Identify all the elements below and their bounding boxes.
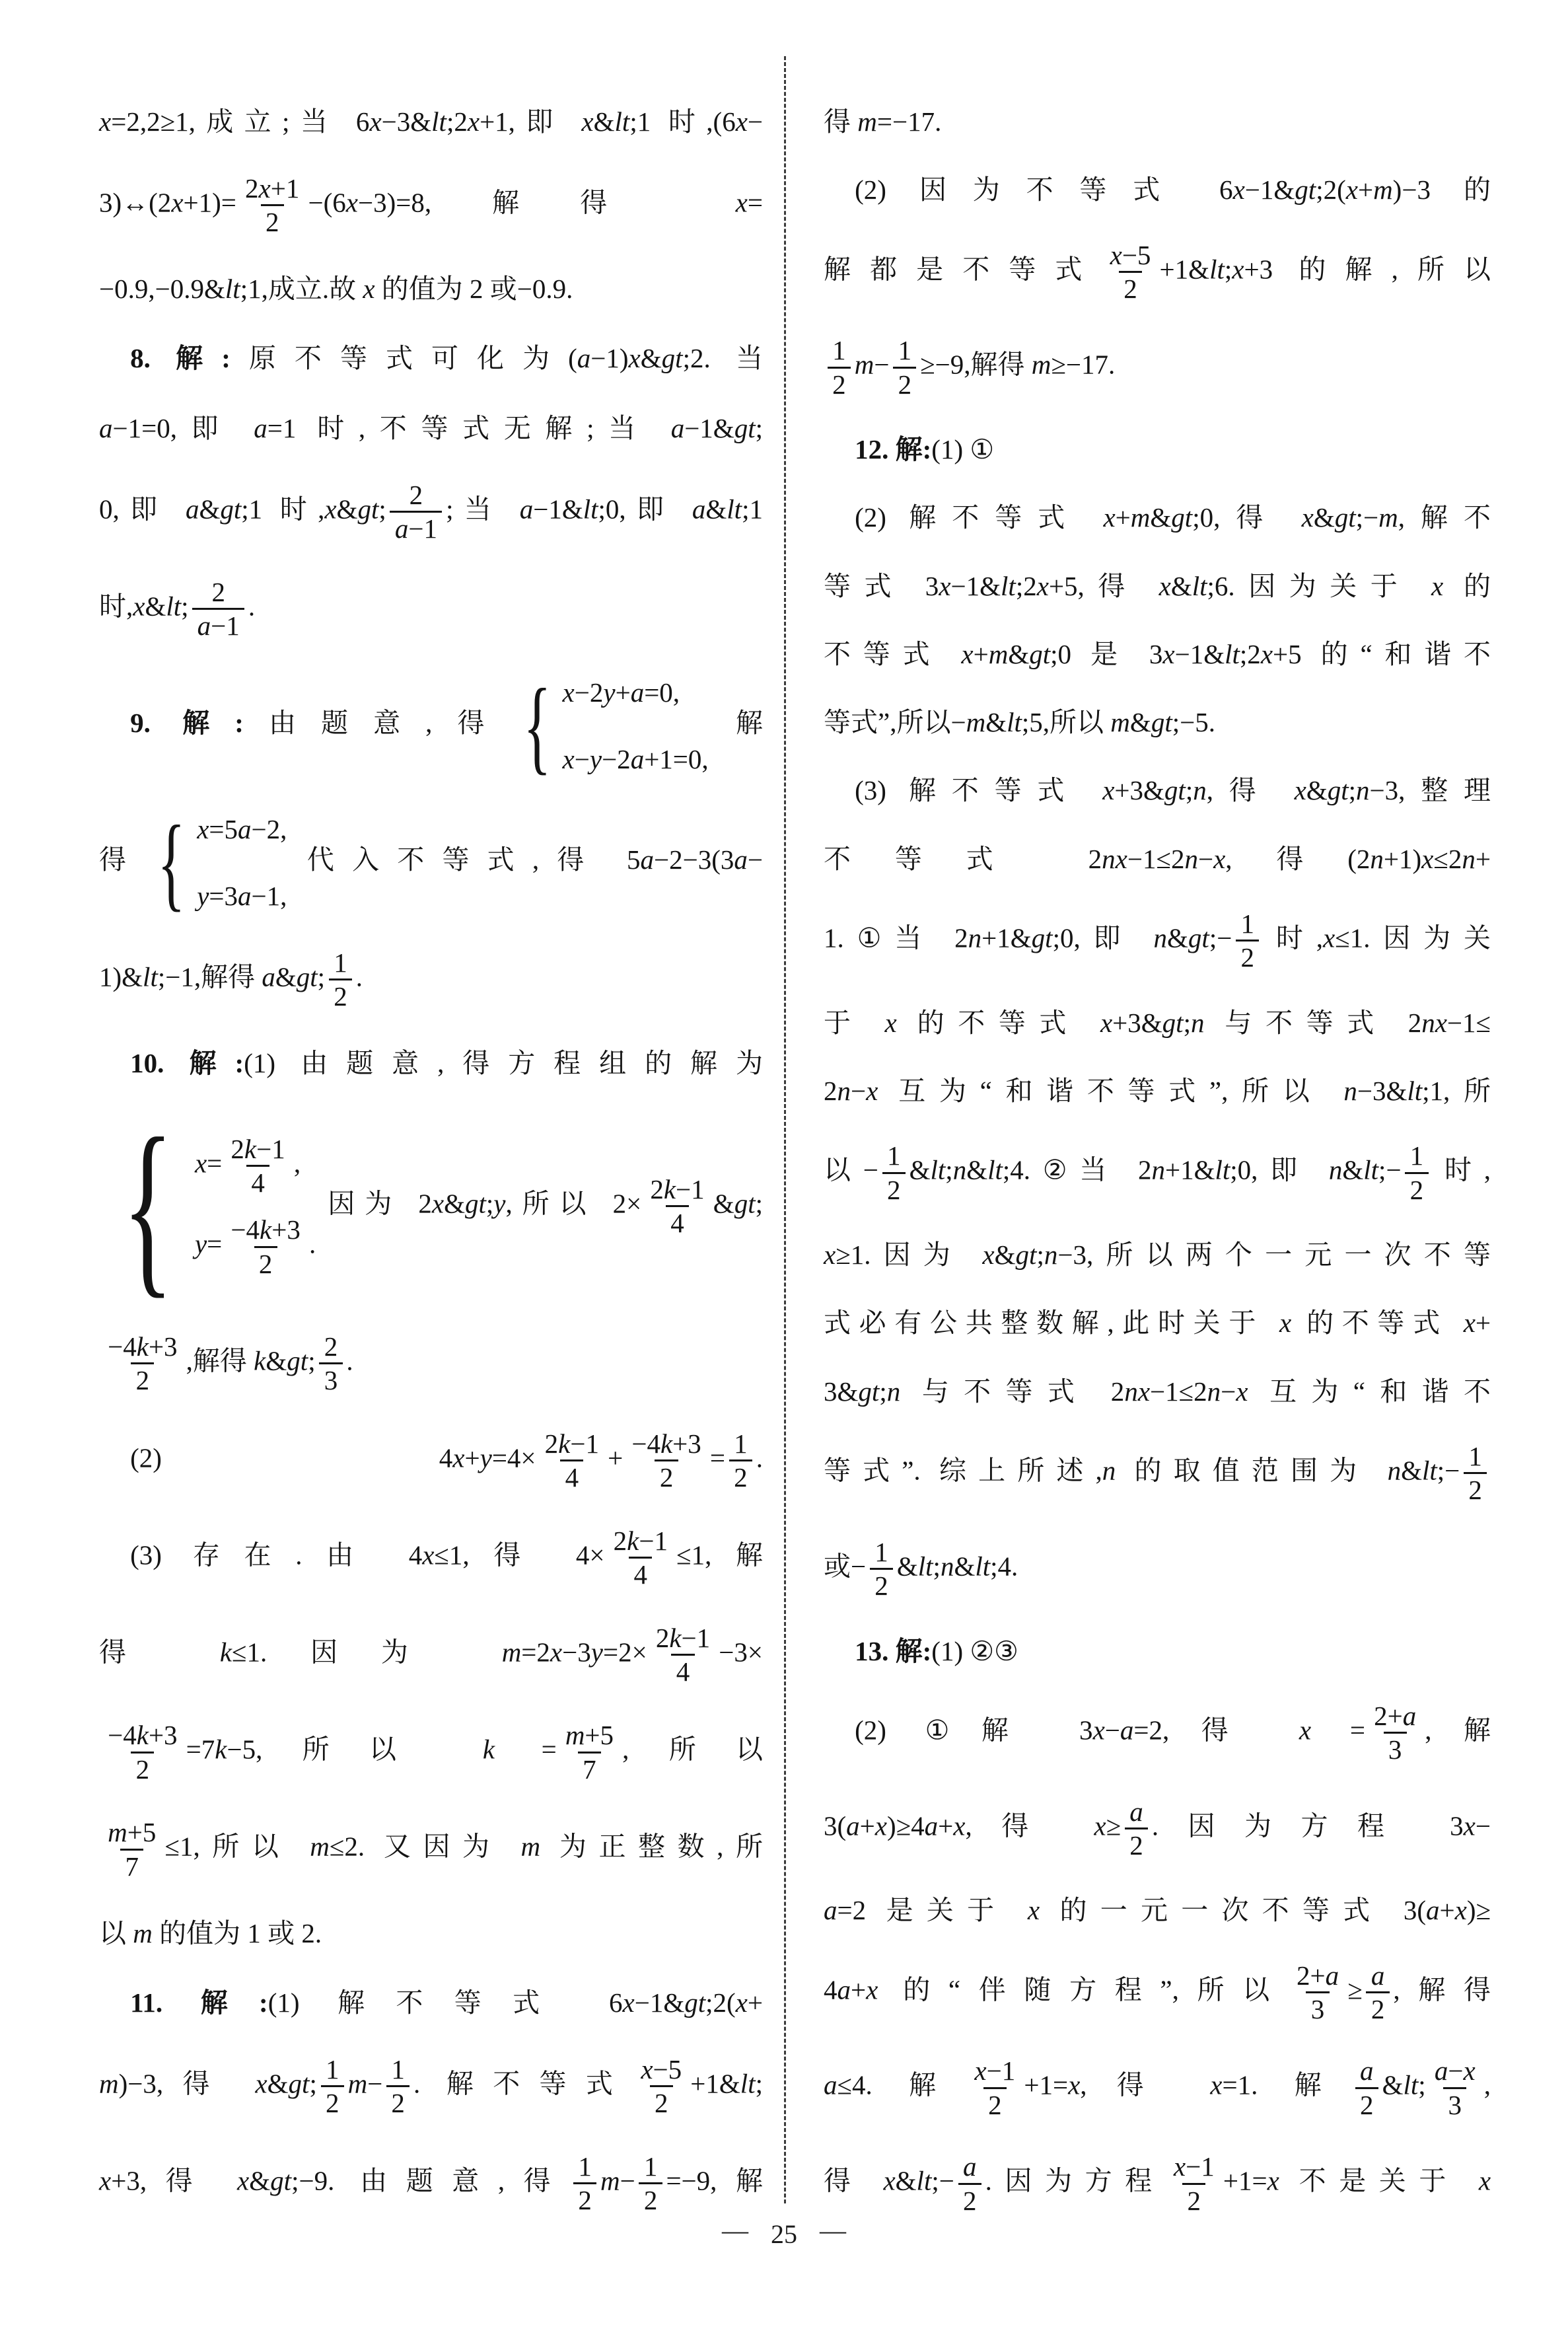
text-run: = <box>710 1442 725 1473</box>
fraction-numerator: m+5 <box>103 1816 161 1848</box>
text-line: 0,即 a&gt;1 时,x&gt;2a−1;当 a−1&lt;0,即 a&lt… <box>99 479 763 545</box>
fraction-numerator: x−1 <box>970 2055 1020 2086</box>
fraction: x−12 <box>970 2055 1020 2121</box>
fraction: 2k−14 <box>540 1428 604 1494</box>
text-line: −4k+32,解得 k&gt;23. <box>99 1331 763 1397</box>
fraction-numerator: −4k+3 <box>103 1719 182 1751</box>
text-run: 3&gt;n 与不等式 2nx−1≤2n−x 互为“和谐不 <box>824 1376 1491 1407</box>
text-line: −4k+32=7k−5,所以 k =m+57,所以 <box>99 1719 763 1785</box>
text-run: ≤1,所以 m≤2. 又因为 m 为正整数,所 <box>164 1831 763 1862</box>
text-run: , <box>294 1148 301 1178</box>
fraction-numerator: 1 <box>573 2151 596 2182</box>
fraction: 12 <box>1464 1440 1487 1506</box>
fraction-denominator: 4 <box>671 1654 694 1687</box>
text-line: 不等式 x+m&gt;0 是 3x−1&lt;2x+5 的“和谐不 <box>824 635 1491 673</box>
text-run: ≥−9,解得 m≥−17. <box>920 350 1115 380</box>
text-run: m− <box>348 2068 383 2098</box>
text-run: (2) 因为不等式 6x−1&gt;2(x+m)−3 的 <box>855 174 1491 205</box>
text-run: 时, <box>1432 1155 1491 1185</box>
text-run: 以− <box>824 1155 878 1185</box>
fraction: 23 <box>319 1331 342 1397</box>
fraction: 12 <box>882 1140 906 1206</box>
text-run: 解 <box>711 708 763 738</box>
text-line: (2) ①解 3x−a=2,得 x =2+a3,解 <box>824 1700 1491 1766</box>
fraction: 12 <box>386 2053 410 2120</box>
fraction-denominator: 4 <box>560 1459 583 1493</box>
text-run: &lt; <box>1382 2070 1426 2100</box>
fraction: 12 <box>729 1428 752 1494</box>
fraction: 12 <box>329 947 352 1013</box>
text-run: =−9,解 <box>666 2165 763 2196</box>
text-line: 3&gt;n 与不等式 2nx−1≤2n−x 互为“和谐不 <box>824 1372 1491 1411</box>
fraction-numerator: 1 <box>329 947 352 978</box>
brace-row: x−2y+a=0, <box>563 673 680 712</box>
text-line: 得{x=5a−2,y=3a−1,代入不等式,得 5a−2−3(3a− <box>99 810 763 915</box>
fraction-numerator: a <box>1125 1796 1148 1827</box>
fraction: 2x+12 <box>240 172 304 239</box>
fraction: 12 <box>321 2053 344 2120</box>
fraction-denominator: 2 <box>882 1172 906 1206</box>
fraction-denominator: 7 <box>578 1752 601 1785</box>
text-run: −(6x−3)=8,解得 x= <box>308 187 763 217</box>
text-run: 得 k≤1.因为 m=2x−3y=2× <box>99 1637 647 1667</box>
brace-system: {x=5a−2,y=3a−1, <box>146 810 287 915</box>
bold-text-run: 12. 解: <box>855 434 931 464</box>
fraction: x−52 <box>1105 239 1156 305</box>
text-run: 得 x&lt;− <box>824 2166 954 2196</box>
bold-text-run: 11. 解: <box>130 1987 268 2018</box>
text-run: 时,x≤1.因为关 <box>1263 922 1491 953</box>
column-divider <box>784 56 786 2203</box>
text-run: 等式”. 综上所述,n 的取值范围为 n&lt;− <box>824 1455 1460 1485</box>
fraction-denominator: 2 <box>131 1752 154 1785</box>
text-line: x=2,2≥1,成立;当 6x−3&lt;2x+1,即 x&lt;1 时,(6x… <box>99 102 763 141</box>
fraction: 2k−14 <box>226 1133 290 1199</box>
text-run: ,解得 <box>1393 1974 1491 2005</box>
fraction-denominator: a−1 <box>192 608 244 642</box>
brace-system: {x−2y+a=0,x−y−2a+1=0, <box>512 673 709 778</box>
brace-row: y=−4k+32. <box>195 1214 316 1280</box>
brace-row: y=3a−1, <box>197 877 287 915</box>
text-run: 3)↔(2x+1)= <box>99 187 236 217</box>
fraction: 2k−14 <box>608 1525 672 1591</box>
fraction-denominator: 2 <box>893 367 916 400</box>
text-run: (2) 解不等式 x+m&gt;0,得 x&gt;−m,解不 <box>855 502 1491 533</box>
text-run: x=5a−2, <box>197 814 287 844</box>
text-line: 10. 解:(1) 由题意,得方程组的解为 <box>99 1044 763 1082</box>
brace-row: x=5a−2, <box>197 810 287 848</box>
text-run: 由题意,得 <box>244 708 510 738</box>
text-run: +1&lt; <box>690 2068 763 2098</box>
fraction: 2k−14 <box>651 1622 715 1688</box>
fraction-denominator: 2 <box>1119 271 1142 305</box>
brace-row: x−y−2a+1=0, <box>563 740 709 778</box>
fraction-numerator: 2x+1 <box>240 172 304 204</box>
fraction: x−12 <box>1169 2151 1220 2217</box>
fraction: a2 <box>1366 1960 1389 2026</box>
text-run: 等式”,所以−m&lt;5,所以 m&gt;−5. <box>824 707 1215 737</box>
fraction-numerator: 2k−1 <box>651 1622 715 1654</box>
text-line: 得 k≤1.因为 m=2x−3y=2×2k−14−3× <box>99 1622 763 1688</box>
text-line: 13. 解:(1) ②③ <box>824 1632 1491 1670</box>
text-run: m− <box>855 350 890 380</box>
fraction-numerator: 2k−1 <box>226 1133 290 1165</box>
fraction-denominator: 2 <box>1366 1991 1389 2025</box>
text-line: 4a+x 的“伴随方程”,所以2+a3≥a2,解得 <box>824 1960 1491 2026</box>
left-brace: { <box>122 1114 174 1299</box>
fraction: 2+a3 <box>1369 1700 1421 1766</box>
fraction-denominator: 2 <box>650 2085 673 2119</box>
fraction-denominator: 2 <box>131 1362 154 1396</box>
fraction: a2 <box>958 2151 981 2217</box>
text-line: (2) 4x+y=4×2k−14+−4k+32=12. <box>99 1428 763 1494</box>
fraction: 12 <box>1405 1140 1428 1206</box>
fraction-denominator: 3 <box>1306 1991 1329 2025</box>
fraction-denominator: 2 <box>870 1568 893 1602</box>
text-run: 或− <box>824 1551 866 1581</box>
fraction-numerator: a−x <box>1429 2055 1480 2086</box>
text-run: m)−3,得 x&gt; <box>99 2068 317 2098</box>
fraction: −4k+32 <box>226 1214 305 1280</box>
text-run: . <box>309 1228 316 1259</box>
text-run: . <box>248 591 255 621</box>
text-run: . 解不等式 <box>413 2068 632 2098</box>
fraction-numerator: 1 <box>386 2053 410 2085</box>
fraction-denominator: 2 <box>639 2182 662 2216</box>
fraction: 2+a3 <box>1292 1960 1344 2026</box>
text-run: (3) 解不等式 x+3&gt;n,得 x&gt;n−3,整理 <box>855 775 1491 805</box>
fraction: 12 <box>573 2151 596 2217</box>
fraction: x−52 <box>636 2053 687 2120</box>
fraction-denominator: 2 <box>1405 1172 1428 1206</box>
fraction: 12 <box>1236 908 1259 974</box>
text-run: +1&lt;x+3 的解,所以 <box>1160 254 1491 284</box>
text-run: 不等式 x+m&gt;0 是 3x−1&lt;2x+5 的“和谐不 <box>824 639 1491 669</box>
text-line: x≥1.因为 x&gt;n−3,所以两个一元一次不等 <box>824 1236 1491 1274</box>
fraction: a−x3 <box>1429 2055 1480 2121</box>
fraction: −4k+32 <box>103 1331 182 1397</box>
fraction: 2a−1 <box>390 479 442 545</box>
text-run: 0,即 a&gt;1 时,x&gt; <box>99 494 386 524</box>
fraction-denominator: 3 <box>1384 1732 1407 1765</box>
brace-rows: x=5a−2,y=3a−1, <box>197 810 287 915</box>
fraction-numerator: 2 <box>319 1331 342 1362</box>
fraction-numerator: x−5 <box>1105 239 1156 271</box>
right-column: 得 m=−17.(2) 因为不等式 6x−1&gt;2(x+m)−3 的解都是不… <box>824 102 1491 2217</box>
brace-rows: x=2k−14,y=−4k+32. <box>195 1133 316 1280</box>
fraction-numerator: x−5 <box>636 2053 687 2085</box>
fraction-denominator: 2 <box>321 2085 344 2119</box>
fraction-numerator: 1 <box>882 1140 906 1171</box>
text-run: &lt;n&lt;4.②当 2n+1&lt;0,即 n&lt;− <box>909 1155 1402 1185</box>
page-footer: —25— <box>0 2219 1568 2250</box>
text-line: a=2 是关于 x 的一元一次不等式 3(a+x)≥ <box>824 1891 1491 1929</box>
text-line: 不等式 2nx−1≤2n−x,得(2n+1)x≤2n+ <box>824 840 1491 878</box>
fraction: 2a−1 <box>192 576 244 642</box>
text-run: ;当 a−1&lt;0,即 a&lt;1 <box>446 494 763 524</box>
text-line: 得 x&lt;−a2.因为方程x−12+1=x 不是关于 x <box>824 2151 1491 2217</box>
fraction-numerator: 1 <box>729 1428 752 1459</box>
fraction-denominator: 2 <box>655 1459 678 1493</box>
left-column: x=2,2≥1,成立;当 6x−3&lt;2x+1,即 x&lt;1 时,(6x… <box>99 102 763 2217</box>
text-run: a−1=0,即 a=1 时,不等式无解;当 a−1&gt; <box>99 413 763 443</box>
text-run: 4a+x 的“伴随方程”,所以 <box>824 1974 1288 2005</box>
text-run: y=3a−1, <box>197 881 287 911</box>
fraction-denominator: a−1 <box>390 511 442 544</box>
fraction-denominator: 2 <box>573 2182 596 2216</box>
fraction-denominator: 2 <box>958 2183 981 2217</box>
text-line: 8. 解:原不等式可化为(a−1)x&gt;2. 当 <box>99 339 763 377</box>
bold-text-run: 8. 解: <box>130 343 231 373</box>
text-run: x−y−2a+1=0, <box>563 744 709 774</box>
fraction-denominator: 2 <box>1125 1827 1148 1861</box>
fraction-numerator: 1 <box>639 2151 662 2182</box>
fraction: 12 <box>639 2151 662 2217</box>
fraction-numerator: −4k+3 <box>103 1331 182 1362</box>
fraction-numerator: 2k−1 <box>540 1428 604 1459</box>
text-run: . <box>356 961 363 992</box>
text-run: (2) ①解 3x−a=2,得 x = <box>855 1715 1365 1745</box>
fraction: −4k+32 <box>103 1719 182 1785</box>
text-line: 12m−12≥−9,解得 m≥−17. <box>824 334 1491 400</box>
fraction: 12 <box>870 1536 893 1602</box>
text-run: x≥1.因为 x&gt;n−3,所以两个一元一次不等 <box>824 1239 1491 1270</box>
text-line: −0.9,−0.9&lt;1,成立.故 x 的值为 2 或−0.9. <box>99 270 763 308</box>
text-line: a≤4. 解x−12+1=x,得 x=1. 解a2&lt;a−x3, <box>824 2055 1491 2121</box>
text-run: 解都是不等式 <box>824 254 1102 284</box>
text-line: 3)↔(2x+1)=2x+12−(6x−3)=8,解得 x= <box>99 172 763 239</box>
text-run: (3) 存在.由 4x≤1,得 4× <box>130 1539 604 1570</box>
left-brace: { <box>158 813 186 913</box>
text-line: 或−12&lt;n&lt;4. <box>824 1536 1491 1602</box>
text-run: 1)&lt;−1,解得 a&gt; <box>99 961 325 992</box>
text-run: x= <box>195 1148 222 1178</box>
fraction: a2 <box>1355 2055 1378 2121</box>
text-run: −0.9,−0.9&lt;1,成立.故 x 的值为 2 或−0.9. <box>99 274 573 304</box>
footer-right-dash: — <box>820 2215 846 2246</box>
fraction: −4k+32 <box>627 1428 706 1494</box>
fraction-numerator: 1 <box>828 334 851 366</box>
fraction-denominator: 7 <box>120 1849 143 1882</box>
fraction-numerator: 2 <box>404 479 427 511</box>
text-run: ,解 <box>1425 1715 1491 1745</box>
fraction-denominator: 2 <box>1236 940 1259 973</box>
text-run: (1) 解不等式 6x−1&gt;2(x+ <box>268 1987 763 2018</box>
text-run: . <box>346 1345 353 1376</box>
fraction-numerator: 1 <box>1236 908 1259 940</box>
text-run: . <box>756 1442 763 1473</box>
fraction-denominator: 4 <box>666 1205 689 1239</box>
text-line: 以−12&lt;n&lt;4.②当 2n+1&lt;0,即 n&lt;−12时, <box>824 1140 1491 1206</box>
fraction-denominator: 2 <box>983 2087 1007 2121</box>
text-run: 原不等式可化为(a−1)x&gt;2. 当 <box>231 343 763 373</box>
fraction: m+57 <box>103 1816 161 1882</box>
fraction: 12 <box>893 334 916 400</box>
text-line: 等式”. 综上所述,n 的取值范围为 n&lt;−12 <box>824 1440 1491 1506</box>
text-run: x+3,得 x&gt;−9. 由题意,得 <box>99 2165 569 2196</box>
fraction-numerator: a <box>958 2151 981 2182</box>
text-line: 于 x 的不等式 x+3&gt;n 与不等式 2nx−1≤ <box>824 1004 1491 1042</box>
fraction: m+57 <box>560 1719 618 1785</box>
text-run: .因为方程 <box>985 2166 1165 2196</box>
text-run: (1) ②③ <box>931 1636 1018 1666</box>
footer-left-dash: — <box>722 2215 748 2246</box>
text-run: (1) 由题意,得方程组的解为 <box>244 1048 763 1078</box>
fraction-denominator: 4 <box>246 1165 269 1199</box>
text-run: 于 x 的不等式 x+3&gt;n 与不等式 2nx−1≤ <box>824 1008 1491 1038</box>
fraction-numerator: 2k−1 <box>645 1173 709 1205</box>
fraction-numerator: 1 <box>870 1536 893 1568</box>
text-line: 11. 解:(1) 解不等式 6x−1&gt;2(x+ <box>99 1983 763 2022</box>
fraction-denominator: 2 <box>729 1459 752 1493</box>
fraction-numerator: 2+a <box>1292 1960 1344 1991</box>
fraction-denominator: 4 <box>629 1557 652 1590</box>
text-line: 9. 解:由题意,得{x−2y+a=0,x−y−2a+1=0,解 <box>99 673 763 778</box>
text-line: (2) 因为不等式 6x−1&gt;2(x+m)−3 的 <box>824 170 1491 209</box>
text-run: a=2 是关于 x 的一元一次不等式 3(a+x)≥ <box>824 1895 1491 1925</box>
text-run: (2) 4x+y=4× <box>130 1442 536 1473</box>
fraction-denominator: 2 <box>329 978 352 1012</box>
text-run: 不等式 2nx−1≤2n−x,得(2n+1)x≤2n+ <box>824 844 1491 874</box>
text-run: +1=x 不是关于 x <box>1223 2166 1491 2196</box>
text-run: 得 <box>99 844 144 875</box>
text-run: ≤1,解 <box>676 1539 763 1570</box>
text-line: 得 m=−17. <box>824 102 1491 141</box>
fraction-numerator: 2 <box>207 576 230 608</box>
text-run: 等式 3x−1&lt;2x+5,得 x&lt;6.因为关于 x 的 <box>824 571 1491 601</box>
bold-text-run: 10. 解: <box>130 1048 244 1078</box>
text-line: 以 m 的值为 1 或 2. <box>99 1914 763 1952</box>
brace-rows: x−2y+a=0,x−y−2a+1=0, <box>563 673 709 778</box>
text-run: (1) ① <box>931 434 994 464</box>
text-run: &gt; <box>713 1188 763 1218</box>
text-run: ,所以 <box>622 1734 763 1765</box>
text-run: −3× <box>719 1637 763 1667</box>
text-run: x−2y+a=0, <box>563 677 680 708</box>
text-run: m− <box>600 2165 635 2196</box>
text-line: (3) 解不等式 x+3&gt;n,得 x&gt;n−3,整理 <box>824 771 1491 809</box>
fraction-numerator: 1 <box>321 2053 344 2085</box>
text-run: x=2,2≥1,成立;当 6x−3&lt;2x+1,即 x&lt;1 时,(6x… <box>99 106 763 137</box>
text-run: + <box>608 1442 623 1473</box>
text-run: 以 m 的值为 1 或 2. <box>99 1918 322 1948</box>
text-line: 3(a+x)≥4a+x,得 x≥a2.因为方程 3x− <box>824 1796 1491 1862</box>
page-number: 25 <box>771 2219 797 2249</box>
text-run: .因为方程 3x− <box>1152 1810 1491 1841</box>
text-line: 1)&lt;−1,解得 a&gt;12. <box>99 947 763 1013</box>
text-run: 代入不等式,得 5a−2−3(3a− <box>289 844 763 875</box>
fraction-numerator: 2k−1 <box>608 1525 672 1557</box>
fraction-numerator: −4k+3 <box>226 1214 305 1245</box>
fraction-denominator: 2 <box>1355 2087 1378 2121</box>
text-line: 式必有公共整数解,此时关于 x 的不等式 x+ <box>824 1304 1491 1342</box>
fraction-denominator: 3 <box>319 1362 342 1396</box>
left-brace: { <box>523 676 551 776</box>
text-line: (2) 解不等式 x+m&gt;0,得 x&gt;−m,解不 <box>824 498 1491 536</box>
text-run: 得 m=−17. <box>824 106 941 137</box>
brace-row: x=2k−14, <box>195 1133 301 1199</box>
text-run: 时,x&lt; <box>99 591 189 621</box>
text-run: 1.①当 2n+1&gt;0,即 n&gt;− <box>824 922 1232 953</box>
text-line: m+57≤1,所以 m≤2. 又因为 m 为正整数,所 <box>99 1816 763 1882</box>
fraction-numerator: −4k+3 <box>627 1428 706 1459</box>
text-line: 解都是不等式x−52+1&lt;x+3 的解,所以 <box>824 239 1491 305</box>
fraction-numerator: x−1 <box>1169 2151 1220 2182</box>
fraction-denominator: 2 <box>828 367 851 400</box>
text-run: 因为 2x&gt;y,所以 2× <box>318 1188 641 1218</box>
text-line: 等式 3x−1&lt;2x+5,得 x&lt;6.因为关于 x 的 <box>824 567 1491 605</box>
fraction-numerator: a <box>1366 1960 1389 1991</box>
fraction-numerator: 1 <box>1464 1440 1487 1472</box>
text-run: a≤4. 解 <box>824 2070 966 2100</box>
fraction-numerator: 1 <box>1405 1140 1428 1171</box>
bold-text-run: 9. 解: <box>130 708 244 738</box>
text-run: ,解得 k&gt; <box>186 1345 316 1376</box>
fraction-denominator: 2 <box>1464 1472 1487 1506</box>
text-line: {x=2k−14,y=−4k+32.因为 2x&gt;y,所以 2×2k−14&… <box>99 1114 763 1299</box>
text-line: 2n−x 互为“和谐不等式”,所以 n−3&lt;1,所 <box>824 1072 1491 1110</box>
text-line: m)−3,得 x&gt;12m−12. 解不等式x−52+1&lt; <box>99 2053 763 2120</box>
bold-text-run: 13. 解: <box>855 1636 931 1666</box>
text-run: 3(a+x)≥4a+x,得 x≥ <box>824 1810 1121 1841</box>
fraction-numerator: 1 <box>893 334 916 366</box>
text-line: 时,x&lt;2a−1. <box>99 576 763 642</box>
text-run: ≥ <box>1347 1974 1363 2005</box>
text-run: 2n−x 互为“和谐不等式”,所以 n−3&lt;1,所 <box>824 1076 1491 1106</box>
text-run: &lt;n&lt;4. <box>897 1551 1018 1581</box>
fraction-denominator: 2 <box>1182 2183 1205 2217</box>
text-run: =7k−5,所以 k = <box>186 1734 557 1765</box>
text-run: +1=x,得 x=1. 解 <box>1024 2070 1351 2100</box>
text-run: 式必有公共整数解,此时关于 x 的不等式 x+ <box>824 1308 1491 1338</box>
text-line: x+3,得 x&gt;−9. 由题意,得12m−12=−9,解 <box>99 2151 763 2217</box>
text-line: a−1=0,即 a=1 时,不等式无解;当 a−1&gt; <box>99 409 763 447</box>
fraction: 2k−14 <box>645 1173 709 1239</box>
fraction-numerator: m+5 <box>560 1719 618 1751</box>
fraction-denominator: 2 <box>254 1246 277 1280</box>
text-line: (3) 存在.由 4x≤1,得 4×2k−14≤1,解 <box>99 1525 763 1591</box>
fraction-numerator: a <box>1355 2055 1378 2086</box>
fraction-denominator: 2 <box>261 204 284 238</box>
text-line: 12. 解:(1) ① <box>824 430 1491 468</box>
fraction-denominator: 3 <box>1443 2087 1466 2121</box>
text-line: 等式”,所以−m&lt;5,所以 m&gt;−5. <box>824 703 1491 741</box>
text-line: 1.①当 2n+1&gt;0,即 n&gt;−12时,x≤1.因为关 <box>824 908 1491 974</box>
fraction-numerator: 2+a <box>1369 1700 1421 1732</box>
text-run: y= <box>195 1228 222 1259</box>
fraction-denominator: 2 <box>386 2085 410 2119</box>
fraction: 12 <box>828 334 851 400</box>
fraction: a2 <box>1125 1796 1148 1862</box>
brace-system: {x=2k−14,y=−4k+32. <box>101 1114 316 1299</box>
text-run: , <box>1484 2070 1491 2100</box>
